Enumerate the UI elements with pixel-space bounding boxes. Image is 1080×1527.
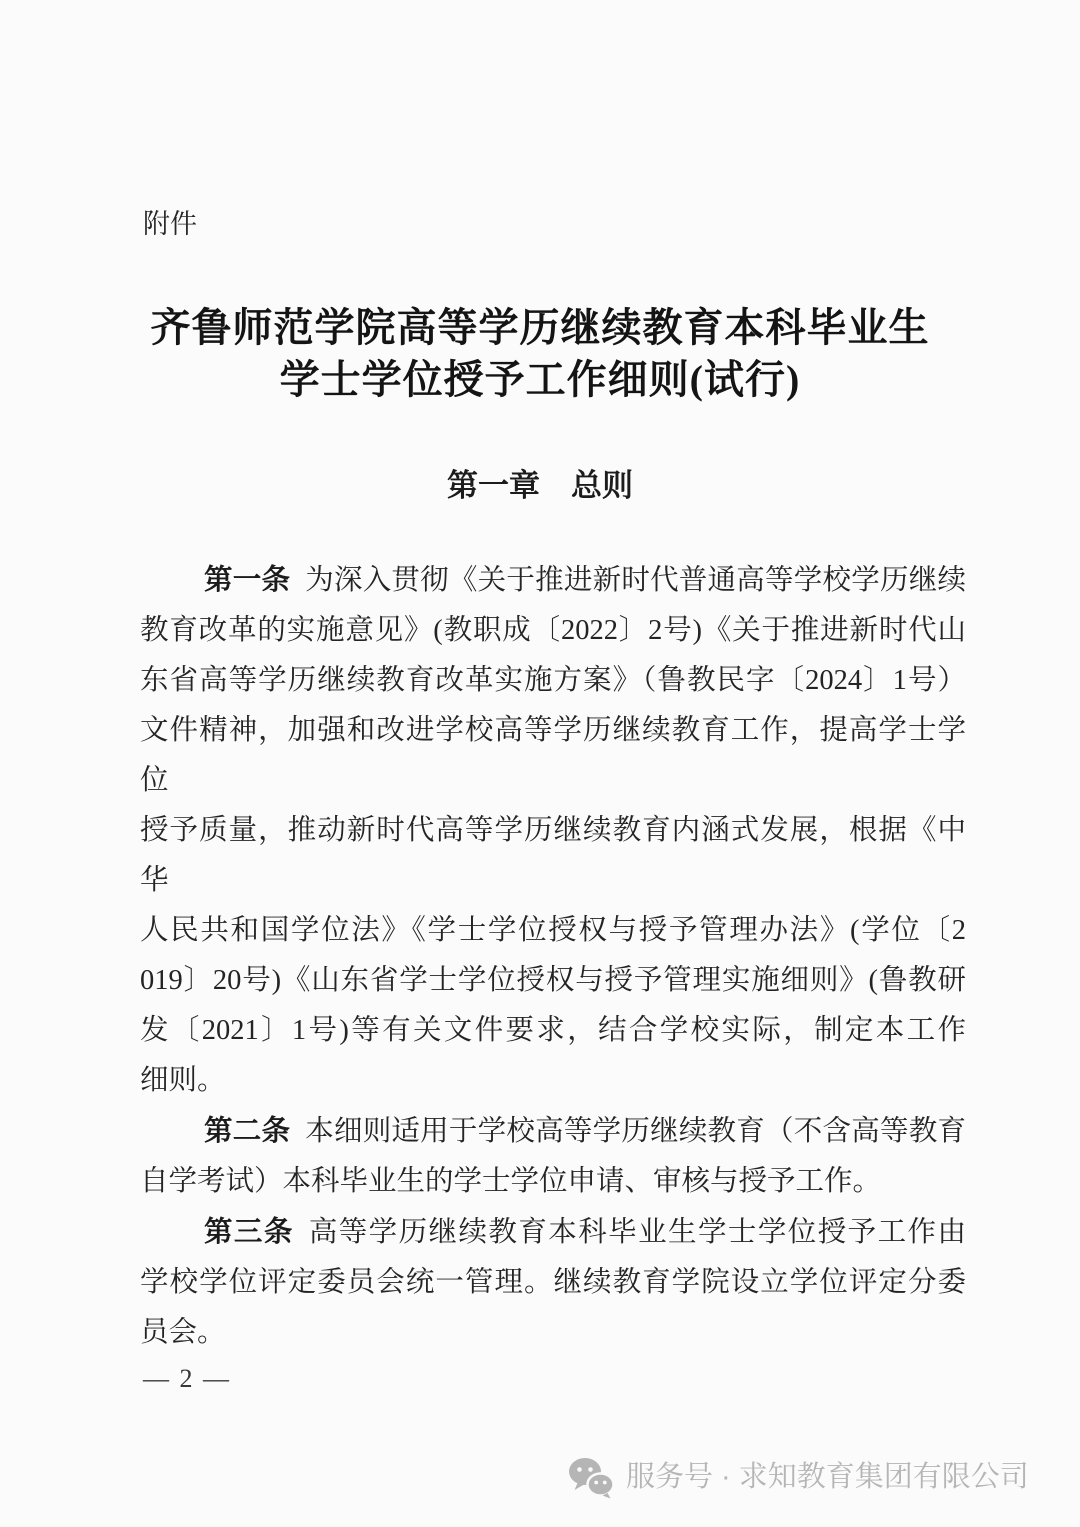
page-number: — 2 —: [143, 1364, 231, 1394]
body-line: 第二条本细则适用于学校高等学历继续教育（不含高等教育: [140, 1106, 966, 1157]
attachment-label: 附件: [143, 208, 197, 240]
body-line: 发〔2021〕1号)等有关文件要求，结合学校实际，制定本工作: [140, 1006, 966, 1056]
body-line-text: 教育改革的实施意见》(教职成〔2022〕2号)《关于推进新时代山: [140, 615, 966, 646]
body-line: 人民共和国学位法》《学士学位授权与授予管理办法》(学位〔2: [140, 906, 966, 956]
title-line-1: 齐鲁师范学院高等学历继续教育本科毕业生: [0, 302, 1080, 354]
document-page: 附件 齐鲁师范学院高等学历继续教育本科毕业生 学士学位授予工作细则(试行) 第一…: [0, 0, 1080, 1527]
body-line: 自学考试）本科毕业生的学士学位申请、审核与授予工作。: [140, 1157, 966, 1207]
body-line: 第一条为深入贯彻《关于推进新时代普通高等学校学历继续: [140, 555, 966, 606]
article-number: 第一条: [204, 564, 290, 596]
body-line: 细则。: [140, 1056, 966, 1106]
body-line-text: 授予质量，推动新时代高等学历继续教育内涵式发展，根据《中华: [140, 815, 966, 896]
body-line-text: 文件精神，加强和改进学校高等学历继续教育工作，提高学士学位: [140, 715, 966, 796]
body-line: 019〕20号)《山东省学士学位授权与授予管理实施细则》(鲁教研: [140, 956, 966, 1006]
watermark-text: 服务号 · 求知教育集团有限公司: [626, 1454, 1029, 1500]
document-body: 第一条为深入贯彻《关于推进新时代普通高等学校学历继续教育改革的实施意见》(教职成…: [140, 555, 966, 1358]
body-line-text: 发〔2021〕1号)等有关文件要求，结合学校实际，制定本工作: [140, 1015, 966, 1046]
body-line-text: 学校学位评定委员会统一管理。继续教育学院设立学位评定分委: [140, 1267, 966, 1298]
body-line: 文件精神，加强和改进学校高等学历继续教育工作，提高学士学位: [140, 706, 966, 806]
body-line-text: 高等学历继续教育本科毕业生学士学位授予工作由: [309, 1217, 966, 1248]
body-line-text: 东省高等学历继续教育改革实施方案》（鲁教民字〔2024〕1号）: [140, 665, 966, 696]
body-line: 第三条高等学历继续教育本科毕业生学士学位授予工作由: [140, 1207, 966, 1258]
body-line: 学校学位评定委员会统一管理。继续教育学院设立学位评定分委: [140, 1258, 966, 1308]
watermark: 服务号 · 求知教育集团有限公司: [568, 1454, 1029, 1500]
body-line: 教育改革的实施意见》(教职成〔2022〕2号)《关于推进新时代山: [140, 606, 966, 656]
body-line-text: 人民共和国学位法》《学士学位授权与授予管理办法》(学位〔2: [140, 915, 966, 946]
body-line-text: 本细则适用于学校高等学历继续教育（不含高等教育: [305, 1116, 966, 1147]
body-line-text: 自学考试）本科毕业生的学士学位申请、审核与授予工作。: [140, 1166, 881, 1197]
body-line-text: 为深入贯彻《关于推进新时代普通高等学校学历继续: [305, 565, 966, 596]
body-line: 东省高等学历继续教育改革实施方案》（鲁教民字〔2024〕1号）: [140, 656, 966, 706]
body-line-text: 019〕20号)《山东省学士学位授权与授予管理实施细则》(鲁教研: [140, 965, 966, 996]
wechat-icon: [568, 1456, 614, 1499]
article-number: 第二条: [204, 1115, 290, 1147]
body-line: 员会。: [140, 1308, 966, 1358]
body-line-text: 员会。: [140, 1317, 226, 1348]
document-title: 齐鲁师范学院高等学历继续教育本科毕业生 学士学位授予工作细则(试行): [0, 302, 1080, 406]
body-line-text: 细则。: [140, 1065, 226, 1096]
title-line-2: 学士学位授予工作细则(试行): [0, 354, 1080, 406]
body-line: 授予质量，推动新时代高等学历继续教育内涵式发展，根据《中华: [140, 806, 966, 906]
article-number: 第三条: [204, 1216, 294, 1248]
chapter-heading: 第一章 总则: [0, 468, 1080, 504]
